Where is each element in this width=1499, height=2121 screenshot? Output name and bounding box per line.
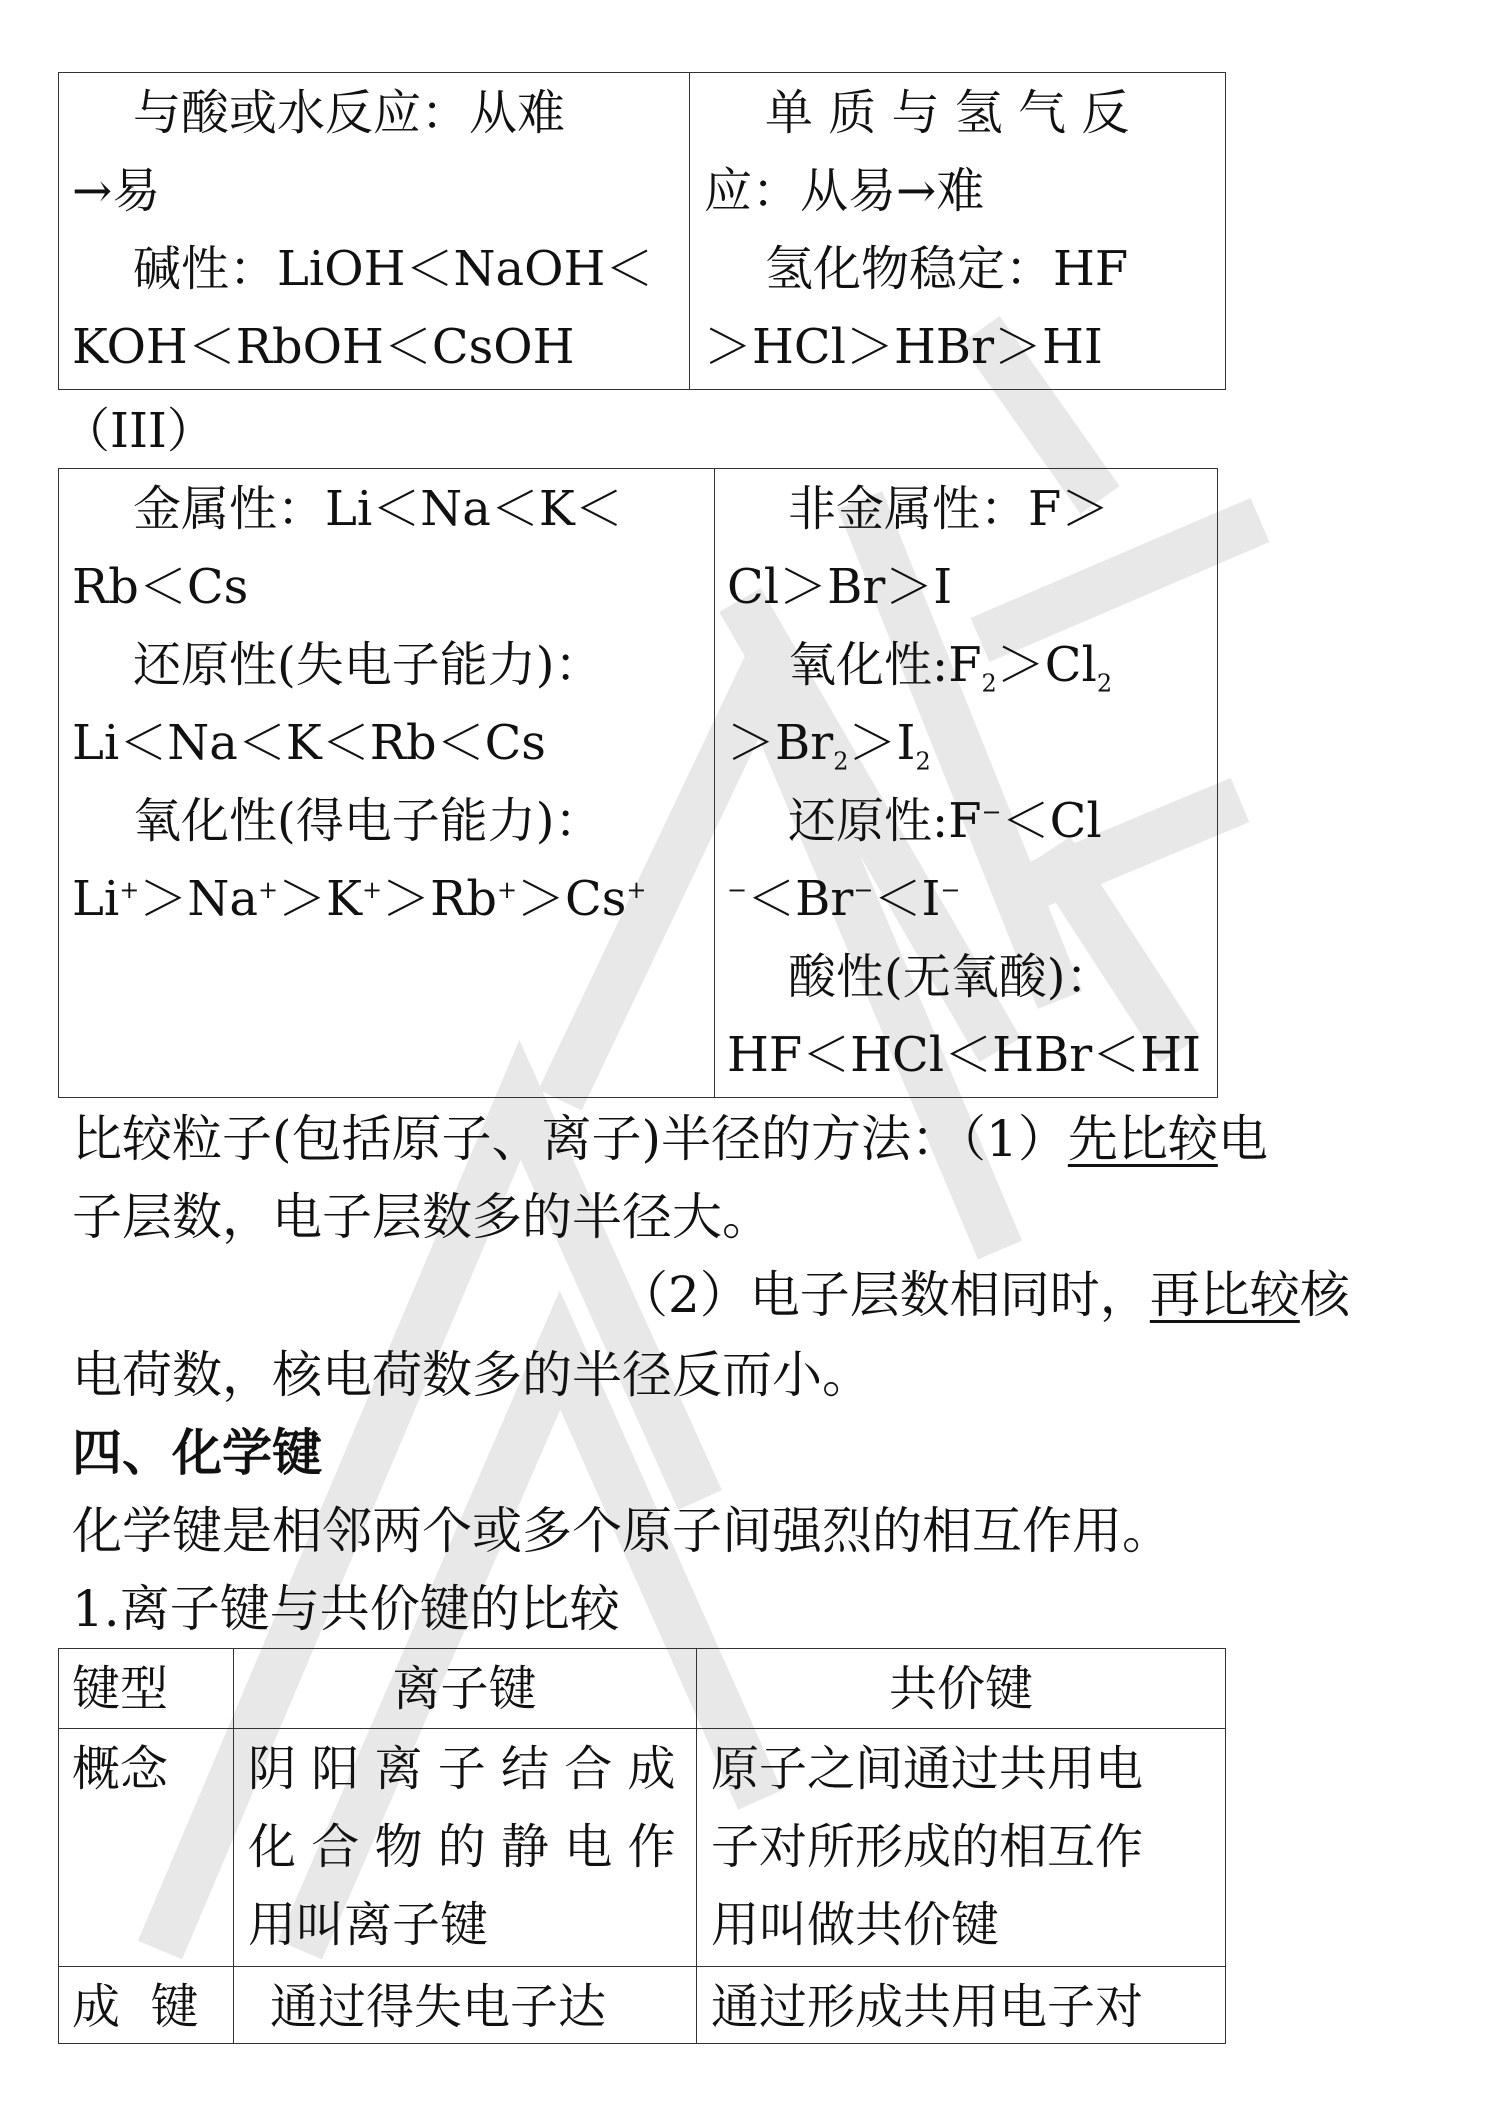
reducing-text-cont: Li＜Na＜K＜Rb＜Cs <box>72 704 546 782</box>
subscript: 2 <box>833 748 848 776</box>
alkali-reaction-text-cont: →易 <box>72 152 160 230</box>
text-part: 比较粒子(包括原子、离子)半径的方法：（1） <box>72 1110 1068 1168</box>
subscript: 2 <box>982 670 997 698</box>
text-part: ＞K <box>278 871 362 927</box>
header-bond-type: 键型 <box>72 1650 168 1728</box>
acidity-text: 酸性(无氧酸)： <box>727 938 1114 1016</box>
metallic-text-cont: Rb＜Cs <box>72 548 248 626</box>
charge: − <box>940 876 960 904</box>
charge: + <box>362 876 382 904</box>
ionic-concept-line3: 用叫离子键 <box>248 1886 488 1964</box>
ionic-concept-line2: 化 合 物 的 静 电 作 <box>248 1808 676 1886</box>
covalent-formation-line1: 通过形成共用电子对 <box>711 1968 1143 2046</box>
metallic-text: 金属性：Li＜Na＜K＜ <box>72 470 623 548</box>
alkali-basicity-text-cont: KOH＜RbOH＜CsOH <box>72 308 574 386</box>
row-label-concept: 概念 <box>72 1730 168 1808</box>
text-part: ＞Rb <box>382 871 497 927</box>
table-row-divider <box>58 1966 1226 1967</box>
radius-method-line4: 电荷数，核电荷数多的半径反而小。 <box>72 1336 872 1414</box>
charge: − <box>727 876 747 904</box>
halogen-oxidizing-text: 氧化性:F2＞Cl2 <box>727 626 1112 704</box>
nonmetallic-text: 非金属性：F＞ <box>727 470 1109 548</box>
alkali-basicity-text: 碱性：LiOH＜NaOH＜ <box>72 230 653 308</box>
covalent-concept-line2: 子对所形成的相互作 <box>711 1808 1143 1886</box>
text-part: ＞Cs <box>517 871 626 927</box>
subheading: 1.离子键与共价键的比较 <box>72 1570 620 1648</box>
subscript: 2 <box>915 748 930 776</box>
definition-text: 化学键是相邻两个或多个原子间强烈的相互作用。 <box>72 1492 1172 1570</box>
text-part: ＜Br <box>747 871 853 927</box>
text-part: Li <box>72 871 119 927</box>
text-part: 核 <box>1300 1266 1350 1324</box>
table-divider <box>689 72 690 390</box>
text-part: ＞I <box>849 715 916 771</box>
ionic-concept-line1: 阴 阳 离 子 结 合 成 <box>248 1730 676 1808</box>
charge: + <box>258 876 278 904</box>
radius-method-line2: 子层数，电子层数多的半径大。 <box>72 1178 772 1256</box>
charge: − <box>982 798 1002 826</box>
charge: + <box>497 876 517 904</box>
header-ionic-bond: 离子键 <box>233 1650 696 1728</box>
text-part: ＞Cl <box>997 637 1097 693</box>
section-heading: 四、化学键 <box>72 1414 322 1492</box>
radius-method-line3: （2）电子层数相同时，再比较核 <box>618 1256 1350 1334</box>
text-part: 氧化性:F <box>727 637 982 693</box>
header-covalent-bond: 共价键 <box>696 1650 1226 1728</box>
table-row-divider <box>58 1728 1226 1729</box>
hydride-stability-text-cont: ＞HCl＞HBr＞HI <box>704 308 1103 386</box>
underlined-text: 再比较 <box>1150 1266 1300 1324</box>
document-page: 与酸或水反应：从难 →易 碱性：LiOH＜NaOH＜ KOH＜RbOH＜CsOH… <box>0 0 1499 2121</box>
oxidizing-ions-text: Li+＞Na+＞K+＞Rb+＞Cs+ <box>72 860 647 938</box>
oxidizing-text: 氧化性(得电子能力)： <box>72 782 603 860</box>
text-part: （2）电子层数相同时， <box>618 1266 1150 1324</box>
underlined-text: 先比较 <box>1068 1110 1218 1168</box>
acidity-text-cont: HF＜HCl＜HBr＜HI <box>727 1016 1201 1094</box>
halide-reducing-text-cont: −＜Br−＜I− <box>727 860 961 938</box>
nonmetallic-text-cont: Cl＞Br＞I <box>727 548 952 626</box>
reducing-text: 还原性(失电子能力)： <box>72 626 603 704</box>
covalent-concept-line3: 用叫做共价键 <box>711 1886 999 1964</box>
section-label: （III） <box>62 392 215 470</box>
ionic-formation-line1: 通过得失电子达 <box>270 1968 606 2046</box>
row-label-bond-formation: 成 键 <box>72 1968 199 2046</box>
subscript: 2 <box>1097 670 1112 698</box>
text-part: 电 <box>1218 1110 1268 1168</box>
charge: + <box>119 876 139 904</box>
radius-method-line1: 比较粒子(包括原子、离子)半径的方法：（1）先比较电 <box>72 1100 1268 1178</box>
text-part: ＞Br <box>727 715 833 771</box>
text-part: ＜I <box>873 871 940 927</box>
text-part: ＜Cl <box>1002 793 1102 849</box>
alkali-reaction-text: 与酸或水反应：从难 <box>72 74 565 152</box>
halogen-oxidizing-text-cont: ＞Br2＞I2 <box>727 704 931 782</box>
halide-reducing-text: 还原性:F−＜Cl <box>727 782 1102 860</box>
halogen-hydrogen-text: 单 质 与 氢 气 反 <box>704 74 1129 152</box>
table-divider <box>714 468 715 1098</box>
charge: − <box>853 876 873 904</box>
text-part: ＞Na <box>139 871 258 927</box>
halogen-hydrogen-text-cont: 应：从易→难 <box>704 152 984 230</box>
text-part: 还原性:F <box>727 793 982 849</box>
hydride-stability-text: 氢化物稳定：HF <box>704 230 1128 308</box>
charge: + <box>626 876 646 904</box>
covalent-concept-line1: 原子之间通过共用电 <box>711 1730 1143 1808</box>
